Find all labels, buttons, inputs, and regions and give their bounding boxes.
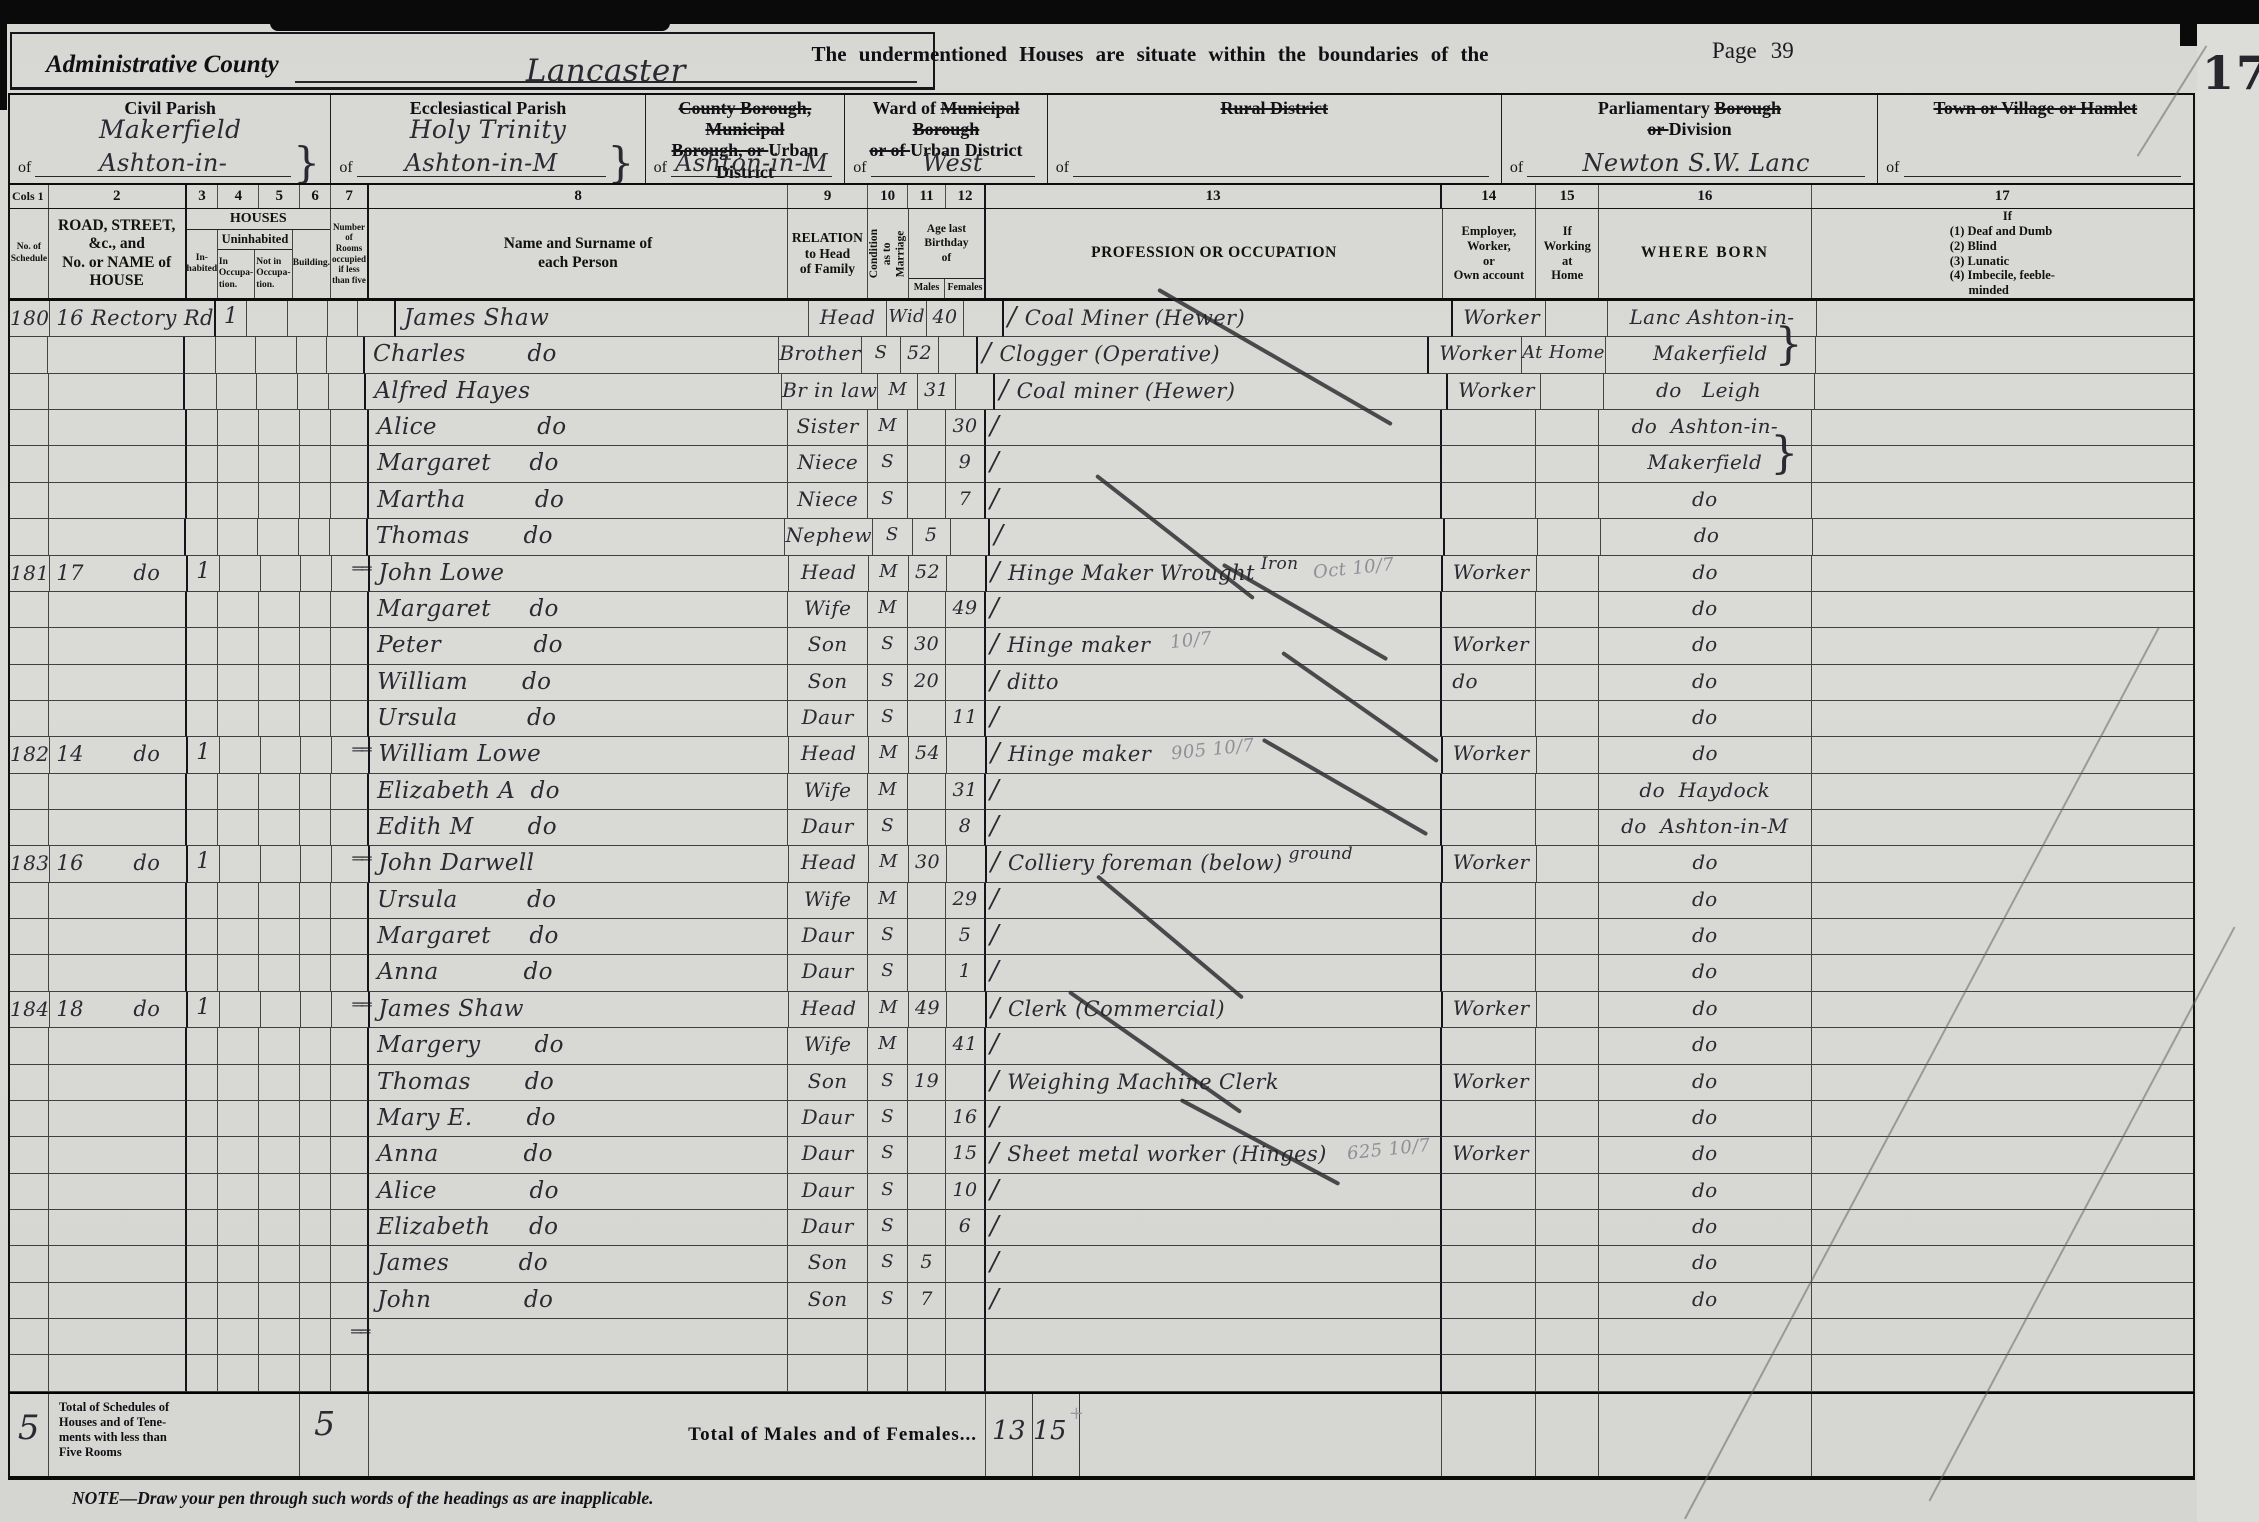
schedule-number-cell [10, 810, 49, 846]
person-name: Thomas do [377, 1069, 554, 1095]
address-cell [49, 1174, 187, 1210]
condition-cell: M [869, 737, 909, 773]
schedule-number-cell [10, 1137, 49, 1173]
relation-cell: Daur [788, 1210, 868, 1246]
age-males-cell [908, 774, 946, 810]
column-number: 4 [218, 185, 259, 208]
in-occupation-cell [218, 446, 259, 482]
person-name: James Shaw [404, 305, 549, 331]
employer-cell [1442, 955, 1536, 991]
totals-females-value: 15+ [1033, 1394, 1080, 1476]
where-born-cell: do [1599, 1028, 1812, 1064]
rooms-cell [358, 301, 395, 337]
condition-cell: M [868, 774, 908, 810]
where-born-text: do [1692, 887, 1718, 911]
table-row: Alfred Hayes Br in law M 31 /Coal miner … [10, 374, 2193, 410]
profession-text: Weighing Machine Clerk [1007, 1070, 1279, 1094]
employer-cell [1442, 446, 1536, 482]
relation-cell: Niece [788, 483, 868, 519]
inhabited-cell [187, 1319, 219, 1355]
district-value: Ashton-in- [35, 151, 291, 177]
column-number: 12 [946, 185, 986, 208]
where-born-text: do [1692, 1141, 1718, 1165]
where-born-text: do [1692, 996, 1718, 1020]
infirmity-cell [1812, 628, 2193, 664]
employer-cell [1442, 1355, 1536, 1391]
building-cell [300, 1174, 331, 1210]
where-born-text: do [1692, 1214, 1718, 1238]
name-cell: William do [369, 665, 788, 701]
employer-cell [1442, 810, 1536, 846]
district-label-segment: Division [1669, 119, 1732, 139]
header-age-title: Age last Birthday of [909, 209, 985, 278]
infirmity-cell [1812, 1246, 2193, 1282]
tally-tick: / [995, 374, 1016, 406]
name-cell: Elizabeth A do [369, 774, 788, 810]
working-at-home-cell [1536, 774, 1599, 810]
name-cell: Ursula do [369, 883, 788, 919]
totals-empty-cell [1442, 1394, 1536, 1476]
where-born-cell: do [1599, 1065, 1812, 1101]
where-born-text: do [1692, 596, 1718, 620]
where-born-text: do Ashton-in- [1632, 414, 1779, 438]
working-at-home-cell [1536, 810, 1599, 846]
working-at-home-cell [1537, 737, 1600, 773]
age-females-cell: 7 [946, 483, 986, 519]
address-cell: 16 do [50, 846, 188, 882]
schedule-number-cell [10, 955, 49, 991]
tally-tick: / [986, 1028, 1007, 1060]
column-headers-row: No. of Schedule ROAD, STREET, &c., and N… [8, 208, 2195, 301]
header-condition: Condition as to Marriage [868, 209, 909, 298]
tally-tick: / [986, 592, 1007, 624]
table-row: Ursula do Wife M 29 / do [10, 883, 2193, 919]
age-males-cell [908, 1319, 946, 1355]
table-row: Margaret do Wife M 49 / do [10, 592, 2193, 628]
district-label-segment: Ward of [872, 98, 940, 118]
where-born-text: do [1692, 1105, 1718, 1129]
age-females-cell: 9 [946, 446, 986, 482]
table-row: Anna do Daur S 1 / do [10, 955, 2193, 991]
rooms-cell [331, 701, 369, 737]
district-of-line: of Ashton-in- } [18, 148, 320, 177]
table-row: Anna do Daur S 15 /Sheet metal worker (H… [10, 1137, 2193, 1173]
relation-cell: Head [809, 301, 888, 337]
age-males-cell [908, 701, 946, 737]
profession-text: Hinge maker [1007, 633, 1150, 657]
name-cell: ══ John Lowe [370, 556, 789, 592]
address-cell [49, 374, 186, 410]
age-males-cell [908, 1174, 946, 1210]
working-at-home-cell [1536, 883, 1599, 919]
condition-cell: S [868, 446, 908, 482]
table-row: Alice do Sister M 30 / do Ashton-in- [10, 410, 2193, 446]
tally-tick: / [986, 883, 1007, 915]
not-in-occupation-cell [259, 1283, 300, 1319]
column-number: 16 [1599, 185, 1812, 208]
infirmity-cell [1812, 556, 2193, 592]
rooms-cell [327, 337, 365, 373]
inhabited-cell [187, 701, 219, 737]
header-uninhabited: Uninhabited [218, 230, 292, 250]
administrative-county-label: Administrative County [46, 51, 279, 83]
profession-cell: / [986, 592, 1442, 628]
where-born-text: do Haydock [1639, 778, 1770, 802]
relation-cell: Daur [788, 1101, 868, 1137]
address-cell [49, 446, 187, 482]
relation-cell: Daur [788, 919, 868, 955]
inhabited-cell [185, 337, 217, 373]
district-label-segment: or [1647, 119, 1668, 139]
pencil-annotation: 905 10/7 [1170, 735, 1255, 765]
schedule-number-cell [10, 519, 49, 555]
building-cell [300, 883, 331, 919]
where-born-text: do Leigh [1656, 378, 1761, 402]
employer-cell [1442, 1101, 1536, 1137]
column-number: 8 [369, 185, 788, 208]
where-born-text: do [1692, 741, 1718, 765]
age-males-cell: 52 [909, 556, 947, 592]
district-label-segment: County Borough, Municipal [679, 98, 812, 139]
rooms-cell [331, 955, 369, 991]
relation-cell [788, 1319, 868, 1355]
schedule-number-cell [10, 446, 49, 482]
district-value: Ashton-in-M [671, 151, 832, 177]
district-of-line: of Ashton-in-M [654, 151, 835, 177]
district-label-segment: Rural District [1221, 98, 1328, 118]
in-occupation-cell [218, 628, 259, 664]
where-born-cell: do Leigh [1604, 374, 1815, 410]
person-name: James do [377, 1250, 548, 1276]
not-in-occupation-cell [259, 446, 300, 482]
rooms-cell [331, 1355, 369, 1391]
not-in-occupation-cell [259, 810, 300, 846]
profession-cell: / [986, 1174, 1442, 1210]
schedule-number-cell [10, 1246, 49, 1282]
of-label: of [18, 159, 31, 177]
relation-cell: Niece [788, 446, 868, 482]
condition-cell: S [868, 1246, 908, 1282]
schedule-number-cell [10, 592, 49, 628]
profession-text: Colliery foreman (below) [1008, 851, 1283, 875]
inhabited-cell: 1 [188, 992, 220, 1028]
where-born-text: do [1692, 1069, 1718, 1093]
table-row: Margaret do Daur S 5 / do [10, 919, 2193, 955]
header-females: Females [945, 279, 984, 298]
address-cell [49, 883, 187, 919]
relation-cell: Son [788, 628, 868, 664]
name-cell: ══ [369, 1319, 788, 1355]
not-in-occupation-cell [257, 374, 298, 410]
relation-cell: Daur [788, 810, 868, 846]
profession-cell: /Sheet metal worker (Hinges)625 10/7 [986, 1137, 1442, 1173]
building-cell [300, 410, 331, 446]
table-row [10, 1355, 2193, 1391]
relation-cell: Sister [788, 410, 868, 446]
inhabited-cell [187, 1065, 219, 1101]
employer-cell: Worker [1443, 737, 1537, 773]
profession-text: Clogger (Operative) [999, 342, 1220, 366]
address-cell [49, 592, 187, 628]
rooms-cell [329, 374, 367, 410]
district-label: Rural District [1048, 98, 1501, 119]
rooms-cell [331, 592, 369, 628]
address-cell: 17 do [50, 556, 188, 592]
table-row: Margery do Wife M 41 / do [10, 1028, 2193, 1064]
age-males-cell: 5 [913, 519, 951, 555]
building-cell [300, 592, 331, 628]
header-relation: RELATION to Head of Family [788, 209, 868, 298]
totals-numbers: 1315+ [986, 1394, 1442, 1476]
in-occupation-cell [218, 1028, 259, 1064]
address-cell [49, 1283, 187, 1319]
condition-cell: S [868, 810, 908, 846]
where-born-cell: do [1599, 483, 1812, 519]
where-born-cell: Makerfield } [1599, 446, 1812, 482]
inhabited-cell [187, 883, 219, 919]
column-number: 14 [1442, 185, 1536, 208]
relation-cell: Wife [788, 883, 868, 919]
profession-cell: /Hinge Maker WroughtIronOct 10/7 [987, 556, 1443, 592]
header-inhabited: In- habited [187, 230, 219, 298]
household-divider-mark: ══ [352, 742, 369, 759]
condition-cell: M [869, 846, 909, 882]
condition-cell: S [868, 1283, 908, 1319]
age-females-cell [947, 846, 987, 882]
relation-cell: Nephew [785, 519, 872, 555]
employer-cell: Worker [1442, 628, 1536, 664]
age-females-cell [956, 374, 996, 410]
district-label-segment: Parliamentary [1598, 98, 1714, 118]
name-cell: Anna do [369, 1137, 788, 1173]
name-cell: Ursula do [369, 701, 788, 737]
totals-row: 5 Total of Schedules of Houses and of Te… [8, 1392, 2195, 1480]
address-cell [49, 1101, 187, 1137]
table-row: Thomas do Nephew S 5 / do [10, 519, 2193, 555]
in-occupation-cell [218, 592, 259, 628]
age-males-cell [908, 592, 946, 628]
condition-cell: M [869, 556, 909, 592]
where-born-text: do [1692, 1032, 1718, 1056]
tally-tick: / [986, 955, 1007, 987]
tally-tick: / [990, 519, 1011, 551]
infirmity-cell [1812, 410, 2193, 446]
schedule-number-cell [10, 665, 49, 701]
household-divider-mark: ══ [352, 851, 369, 868]
condition-cell: S [862, 337, 901, 373]
where-born-cell: do [1601, 519, 1813, 555]
address-cell: 14 do [50, 737, 188, 773]
employer-cell [1442, 410, 1536, 446]
address-cell: 18 do [50, 992, 188, 1028]
infirmity-cell [1812, 1174, 2193, 1210]
rooms-cell [331, 483, 369, 519]
condition-cell: S [873, 519, 913, 555]
district-box: Rural District of [1048, 95, 1502, 183]
infirmity-cell [1812, 737, 2193, 773]
address-cell [49, 774, 187, 810]
condition-cell: S [868, 1174, 908, 1210]
not-in-occupation-cell [259, 701, 300, 737]
profession-cell [986, 1355, 1442, 1391]
margin-folio-stamp: 17 [2202, 46, 2259, 100]
inhabited-cell [187, 1283, 219, 1319]
name-cell: Margaret do [369, 446, 788, 482]
name-cell: ══ James Shaw [370, 992, 789, 1028]
column-number: 5 [259, 185, 300, 208]
profession-cell: / [986, 1283, 1442, 1319]
column-number: 13 [986, 185, 1442, 208]
infirmity-cell [1812, 446, 2193, 482]
condition-cell: M [868, 883, 908, 919]
name-cell: Alice do [369, 410, 788, 446]
relation-cell: Head [789, 846, 869, 882]
building-cell [297, 337, 328, 373]
tally-tick: / [986, 483, 1007, 515]
condition-cell: M [869, 992, 909, 1028]
schedule-number-cell: 183 [10, 846, 50, 882]
profession-cell: /Colliery foreman (below)ground [987, 846, 1443, 882]
condition-cell [868, 1319, 908, 1355]
district-of-line: of [1886, 159, 2182, 177]
building-cell [300, 774, 331, 810]
infirmity-cell [1812, 774, 2193, 810]
employer-cell [1442, 701, 1536, 737]
tally-tick: / [986, 1246, 1007, 1278]
schedule-number-cell: 184 [10, 992, 50, 1028]
district-box: Town or Village or Hamlet of [1878, 95, 2192, 183]
column-number: 7 [331, 185, 369, 208]
rooms-cell [331, 1210, 369, 1246]
of-label: of [654, 159, 667, 177]
header-profession: PROFESSION OR OCCUPATION [986, 209, 1442, 298]
age-males-cell [908, 883, 946, 919]
totals-pencil-mark: + [1069, 1403, 1084, 1424]
district-of-line: of [1056, 159, 1491, 177]
household-divider-mark: ══ [351, 1324, 368, 1341]
employer-cell: Worker [1453, 301, 1546, 337]
working-at-home-cell [1538, 519, 1601, 555]
infirmity-cell [1817, 301, 2193, 337]
in-occupation-cell [218, 1101, 259, 1137]
name-cell [369, 1355, 788, 1391]
in-occupation-cell [220, 992, 261, 1028]
schedule-number-cell [10, 1319, 49, 1355]
tally-tick: / [986, 919, 1007, 951]
not-in-occupation-cell [256, 337, 296, 373]
employer-cell [1442, 1210, 1536, 1246]
working-at-home-cell [1536, 1065, 1599, 1101]
age-females-cell: 15 [946, 1137, 986, 1173]
tally-tick: / [986, 701, 1007, 733]
employer-cell: Worker [1443, 992, 1537, 1028]
name-cell: Margery do [369, 1028, 788, 1064]
in-occupation-cell [218, 919, 259, 955]
not-in-occupation-cell [259, 774, 300, 810]
not-in-occupation-cell [259, 1246, 300, 1282]
working-at-home-cell [1536, 919, 1599, 955]
where-born-text: do [1692, 850, 1718, 874]
age-females-cell: 49 [946, 592, 986, 628]
person-name: John Darwell [378, 850, 534, 876]
district-value: Newton S.W. Lanc [1527, 151, 1865, 177]
not-in-occupation-cell [259, 665, 300, 701]
where-born-cell: do Haydock [1599, 774, 1812, 810]
tally-tick: / [986, 665, 1007, 697]
column-number: 9 [788, 185, 868, 208]
person-name: William do [377, 669, 551, 695]
table-row: Ursula do Daur S 11 / do [10, 701, 2193, 737]
district-value-top: Makerfield [10, 117, 330, 142]
age-females-cell: 1 [946, 955, 986, 991]
infirmity-cell [1812, 810, 2193, 846]
address-cell [49, 483, 187, 519]
profession-superscript: Iron [1261, 554, 1299, 574]
in-occupation-cell [218, 1065, 259, 1101]
column-number: 15 [1536, 185, 1599, 208]
inhabited-cell [187, 810, 219, 846]
schedule-number-cell: 182 [10, 737, 50, 773]
rooms-cell [331, 665, 369, 701]
district-brace: } [608, 148, 635, 177]
rooms-cell [331, 1137, 369, 1173]
in-occupation-cell [218, 774, 259, 810]
rooms-cell [331, 1065, 369, 1101]
name-cell: Margaret do [369, 919, 788, 955]
inhabited-cell [187, 955, 219, 991]
address-cell [48, 337, 184, 373]
name-cell: Thomas do [368, 519, 786, 555]
name-cell: Elizabeth do [369, 1210, 788, 1246]
tally-tick: / [986, 1283, 1007, 1315]
inhabited-cell [187, 628, 219, 664]
totals-houses-count: 5 [300, 1394, 369, 1476]
inhabited-cell [187, 483, 219, 519]
age-males-cell [908, 1355, 946, 1391]
table-row: 184 18 do 1 ══ James Shaw Head M 49 /Cle… [10, 992, 2193, 1028]
inhabited-cell [187, 1355, 219, 1391]
condition-cell [868, 1355, 908, 1391]
table-row: James do Son S 5 / do [10, 1246, 2193, 1282]
relation-cell: Daur [788, 955, 868, 991]
not-in-occupation-cell [259, 919, 300, 955]
where-born-cell: do [1599, 1101, 1812, 1137]
age-females-cell: 11 [946, 701, 986, 737]
in-occupation-cell [218, 665, 259, 701]
totals-males-value: 13 [986, 1394, 1033, 1476]
age-females-cell [946, 1355, 986, 1391]
person-name: Elizabeth A do [377, 778, 560, 804]
building-cell [300, 628, 331, 664]
person-name: Margaret do [377, 596, 559, 622]
age-males-cell [908, 1137, 946, 1173]
name-cell: Martha do [369, 483, 788, 519]
schedule-number-cell [10, 1283, 49, 1319]
column-number: 11 [908, 185, 946, 208]
inhabited-cell [187, 410, 219, 446]
table-row: John do Son S 7 / do [10, 1283, 2193, 1319]
where-born-cell: do Ashton-in-M [1599, 810, 1812, 846]
where-born-cell: do [1599, 701, 1812, 737]
table-row: Peter do Son S 30 /Hinge maker10/7 Worke… [10, 628, 2193, 664]
header-uninhabited-group: Uninhabited In Occupa- tion. Not in Occu… [218, 230, 293, 298]
where-born-cell: do [1599, 1174, 1812, 1210]
condition-cell: M [868, 1028, 908, 1064]
age-males-cell [908, 446, 946, 482]
age-females-cell [947, 992, 987, 1028]
address-cell [49, 519, 186, 555]
not-in-occupation-cell [259, 410, 300, 446]
